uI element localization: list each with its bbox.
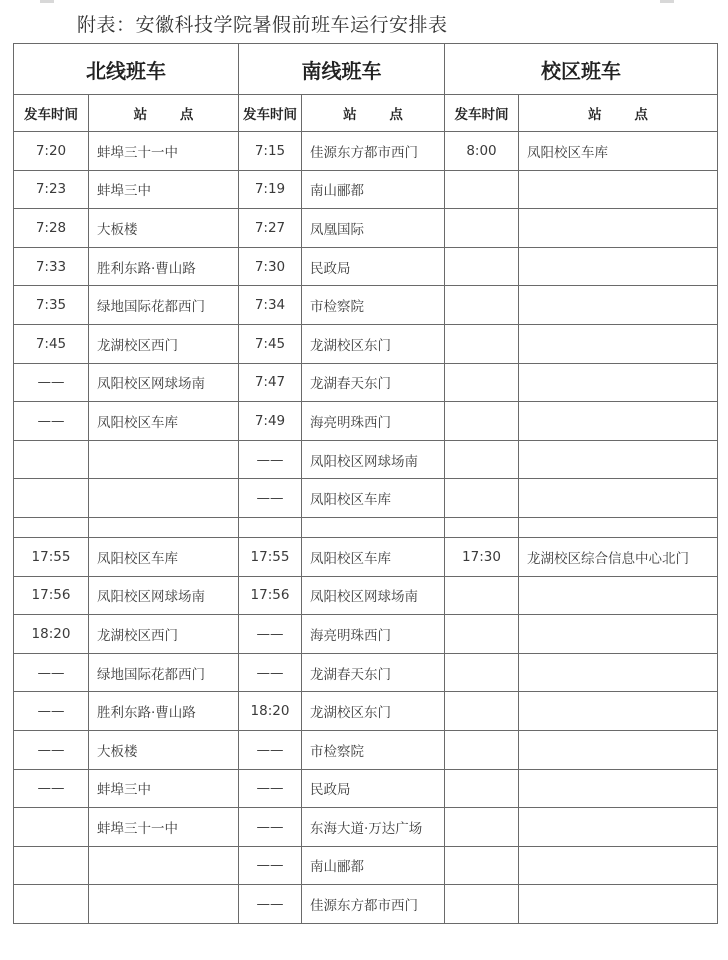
north-station-cell: 蚌埠三十一中 — [89, 808, 239, 847]
campus-station-cell — [519, 363, 718, 402]
south-station-cell: 佳源东方都市西门 — [302, 885, 445, 924]
south-time-cell: 7:19 — [239, 170, 302, 209]
campus-time-cell — [445, 363, 519, 402]
campus-station-cell — [519, 615, 718, 654]
south-time-cell: 7:27 — [239, 209, 302, 248]
north-time-cell: 7:35 — [14, 286, 89, 325]
north-station-cell: 龙湖校区西门 — [89, 615, 239, 654]
campus-station-cell — [519, 170, 718, 209]
spacer-cell — [302, 517, 445, 537]
table-row: 蚌埠三十一中——东海大道·万达广场 — [14, 808, 718, 847]
campus-time-cell — [445, 324, 519, 363]
south-time-header: 发车时间 — [239, 95, 302, 132]
campus-time-cell — [445, 170, 519, 209]
campus-time-cell — [445, 479, 519, 518]
north-station-cell: 大板楼 — [89, 730, 239, 769]
campus-time-cell — [445, 846, 519, 885]
north-station-header: 站 点 — [89, 95, 239, 132]
north-station-cell: 胜利东路·曹山路 — [89, 247, 239, 286]
south-station-cell: 民政局 — [302, 769, 445, 808]
south-time-cell: —— — [239, 808, 302, 847]
campus-time-cell — [445, 730, 519, 769]
campus-time-cell: 8:00 — [445, 132, 519, 171]
spacer-cell — [14, 517, 89, 537]
north-station-cell — [89, 885, 239, 924]
table-row: ——绿地国际花都西门——龙湖春天东门 — [14, 653, 718, 692]
north-time-cell: 7:45 — [14, 324, 89, 363]
north-time-cell: —— — [14, 769, 89, 808]
north-time-cell: 7:20 — [14, 132, 89, 171]
north-time-cell — [14, 479, 89, 518]
south-time-cell: —— — [239, 846, 302, 885]
north-station-cell: 大板楼 — [89, 209, 239, 248]
north-time-cell: 17:56 — [14, 576, 89, 615]
campus-time-header: 发车时间 — [445, 95, 519, 132]
campus-station-cell — [519, 885, 718, 924]
campus-station-cell — [519, 247, 718, 286]
table-row: 17:55凤阳校区车库17:55凤阳校区车库17:30龙湖校区综合信息中心北门 — [14, 537, 718, 576]
campus-time-cell — [445, 209, 519, 248]
campus-time-cell — [445, 885, 519, 924]
column-header-row: 发车时间 站 点 发车时间 站 点 发车时间 站 点 — [14, 95, 718, 132]
campus-time-cell — [445, 576, 519, 615]
north-time-cell: —— — [14, 692, 89, 731]
south-time-cell: 7:30 — [239, 247, 302, 286]
north-time-cell: 7:23 — [14, 170, 89, 209]
north-time-cell: 17:55 — [14, 537, 89, 576]
campus-time-cell — [445, 286, 519, 325]
north-time-cell: —— — [14, 402, 89, 441]
north-time-cell: —— — [14, 730, 89, 769]
spacer-row — [14, 517, 718, 537]
campus-station-cell — [519, 653, 718, 692]
table-row: 7:28大板楼7:27凤凰国际 — [14, 209, 718, 248]
south-station-header: 站 点 — [302, 95, 445, 132]
campus-time-cell — [445, 440, 519, 479]
north-station-cell: 蚌埠三十一中 — [89, 132, 239, 171]
page-edge-mark-right — [660, 0, 674, 3]
north-time-cell — [14, 885, 89, 924]
table-row: 7:23蚌埠三中7:19南山郦都 — [14, 170, 718, 209]
campus-station-cell — [519, 769, 718, 808]
north-station-cell: 绿地国际花都西门 — [89, 286, 239, 325]
south-time-cell: —— — [239, 730, 302, 769]
north-time-cell — [14, 808, 89, 847]
north-station-cell: 龙湖校区西门 — [89, 324, 239, 363]
table-row: ——大板楼——市检察院 — [14, 730, 718, 769]
south-time-cell: 17:55 — [239, 537, 302, 576]
north-time-cell: 7:33 — [14, 247, 89, 286]
route-north-header: 北线班车 — [14, 44, 239, 95]
table-row: 17:56凤阳校区网球场南17:56凤阳校区网球场南 — [14, 576, 718, 615]
campus-time-cell — [445, 692, 519, 731]
south-time-cell: 7:34 — [239, 286, 302, 325]
north-time-cell — [14, 846, 89, 885]
south-station-cell: 市检察院 — [302, 286, 445, 325]
page-edge-mark-left — [40, 0, 54, 3]
table-row: ——凤阳校区网球场南7:47龙湖春天东门 — [14, 363, 718, 402]
north-time-header: 发车时间 — [14, 95, 89, 132]
south-time-cell: —— — [239, 615, 302, 654]
south-station-cell: 东海大道·万达广场 — [302, 808, 445, 847]
campus-station-cell — [519, 402, 718, 441]
north-station-cell: 蚌埠三中 — [89, 170, 239, 209]
north-time-cell: —— — [14, 653, 89, 692]
south-station-cell: 龙湖春天东门 — [302, 653, 445, 692]
campus-station-cell: 龙湖校区综合信息中心北门 — [519, 537, 718, 576]
campus-time-cell — [445, 653, 519, 692]
campus-station-cell — [519, 440, 718, 479]
north-time-cell — [14, 440, 89, 479]
table-row: ——凤阳校区网球场南 — [14, 440, 718, 479]
north-station-cell: 蚌埠三中 — [89, 769, 239, 808]
spacer-cell — [89, 517, 239, 537]
south-time-cell: 17:56 — [239, 576, 302, 615]
campus-station-cell — [519, 479, 718, 518]
south-station-cell: 凤阳校区网球场南 — [302, 576, 445, 615]
table-row: ——凤阳校区车库7:49海亮明珠西门 — [14, 402, 718, 441]
north-station-cell: 凤阳校区网球场南 — [89, 576, 239, 615]
campus-time-cell: 17:30 — [445, 537, 519, 576]
route-south-header: 南线班车 — [239, 44, 445, 95]
south-time-cell: —— — [239, 885, 302, 924]
campus-time-cell — [445, 808, 519, 847]
campus-station-cell — [519, 808, 718, 847]
campus-time-cell — [445, 615, 519, 654]
south-station-cell: 凤阳校区网球场南 — [302, 440, 445, 479]
south-station-cell: 市检察院 — [302, 730, 445, 769]
south-time-cell: —— — [239, 479, 302, 518]
table-row: 7:35绿地国际花都西门7:34市检察院 — [14, 286, 718, 325]
bus-schedule-table: 北线班车 南线班车 校区班车 发车时间 站 点 发车时间 站 点 发车时间 站 … — [13, 43, 718, 924]
spacer-cell — [239, 517, 302, 537]
south-station-cell: 龙湖校区东门 — [302, 324, 445, 363]
table-row: 18:20龙湖校区西门——海亮明珠西门 — [14, 615, 718, 654]
north-station-cell: 胜利东路·曹山路 — [89, 692, 239, 731]
south-station-cell: 凤阳校区车库 — [302, 479, 445, 518]
south-station-cell: 南山郦都 — [302, 170, 445, 209]
north-time-cell: 18:20 — [14, 615, 89, 654]
table-row: ——南山郦都 — [14, 846, 718, 885]
north-station-cell — [89, 440, 239, 479]
campus-station-cell — [519, 730, 718, 769]
south-station-cell: 海亮明珠西门 — [302, 615, 445, 654]
campus-station-cell — [519, 576, 718, 615]
campus-station-cell: 凤阳校区车库 — [519, 132, 718, 171]
table-row: 7:20蚌埠三十一中7:15佳源东方都市西门8:00凤阳校区车库 — [14, 132, 718, 171]
south-time-cell: —— — [239, 440, 302, 479]
table-row: ——凤阳校区车库 — [14, 479, 718, 518]
south-time-cell: —— — [239, 769, 302, 808]
campus-station-cell — [519, 209, 718, 248]
page-title: 附表：安徽科技学院暑假前班车运行安排表 — [77, 10, 448, 37]
south-time-cell: 7:47 — [239, 363, 302, 402]
south-time-cell: 7:49 — [239, 402, 302, 441]
campus-station-cell — [519, 286, 718, 325]
spacer-cell — [519, 517, 718, 537]
campus-station-cell — [519, 692, 718, 731]
north-station-cell: 凤阳校区网球场南 — [89, 363, 239, 402]
table-row: 7:45龙湖校区西门7:45龙湖校区东门 — [14, 324, 718, 363]
north-station-cell: 凤阳校区车库 — [89, 402, 239, 441]
north-station-cell — [89, 479, 239, 518]
table-row: ——蚌埠三中——民政局 — [14, 769, 718, 808]
north-station-cell — [89, 846, 239, 885]
south-station-cell: 佳源东方都市西门 — [302, 132, 445, 171]
south-time-cell: 18:20 — [239, 692, 302, 731]
route-campus-header: 校区班车 — [445, 44, 718, 95]
north-time-cell: 7:28 — [14, 209, 89, 248]
south-station-cell: 凤阳校区车库 — [302, 537, 445, 576]
south-station-cell: 凤凰国际 — [302, 209, 445, 248]
campus-station-header: 站 点 — [519, 95, 718, 132]
spacer-cell — [445, 517, 519, 537]
south-time-cell: 7:45 — [239, 324, 302, 363]
campus-time-cell — [445, 402, 519, 441]
north-station-cell: 绿地国际花都西门 — [89, 653, 239, 692]
campus-time-cell — [445, 769, 519, 808]
table-row: 7:33胜利东路·曹山路7:30民政局 — [14, 247, 718, 286]
south-station-cell: 龙湖春天东门 — [302, 363, 445, 402]
route-header-row: 北线班车 南线班车 校区班车 — [14, 44, 718, 95]
south-station-cell: 海亮明珠西门 — [302, 402, 445, 441]
south-time-cell: 7:15 — [239, 132, 302, 171]
campus-time-cell — [445, 247, 519, 286]
south-station-cell: 南山郦都 — [302, 846, 445, 885]
south-station-cell: 龙湖校区东门 — [302, 692, 445, 731]
table-row: ——胜利东路·曹山路18:20龙湖校区东门 — [14, 692, 718, 731]
north-station-cell: 凤阳校区车库 — [89, 537, 239, 576]
south-station-cell: 民政局 — [302, 247, 445, 286]
north-time-cell: —— — [14, 363, 89, 402]
south-time-cell: —— — [239, 653, 302, 692]
campus-station-cell — [519, 324, 718, 363]
table-row: ——佳源东方都市西门 — [14, 885, 718, 924]
campus-station-cell — [519, 846, 718, 885]
